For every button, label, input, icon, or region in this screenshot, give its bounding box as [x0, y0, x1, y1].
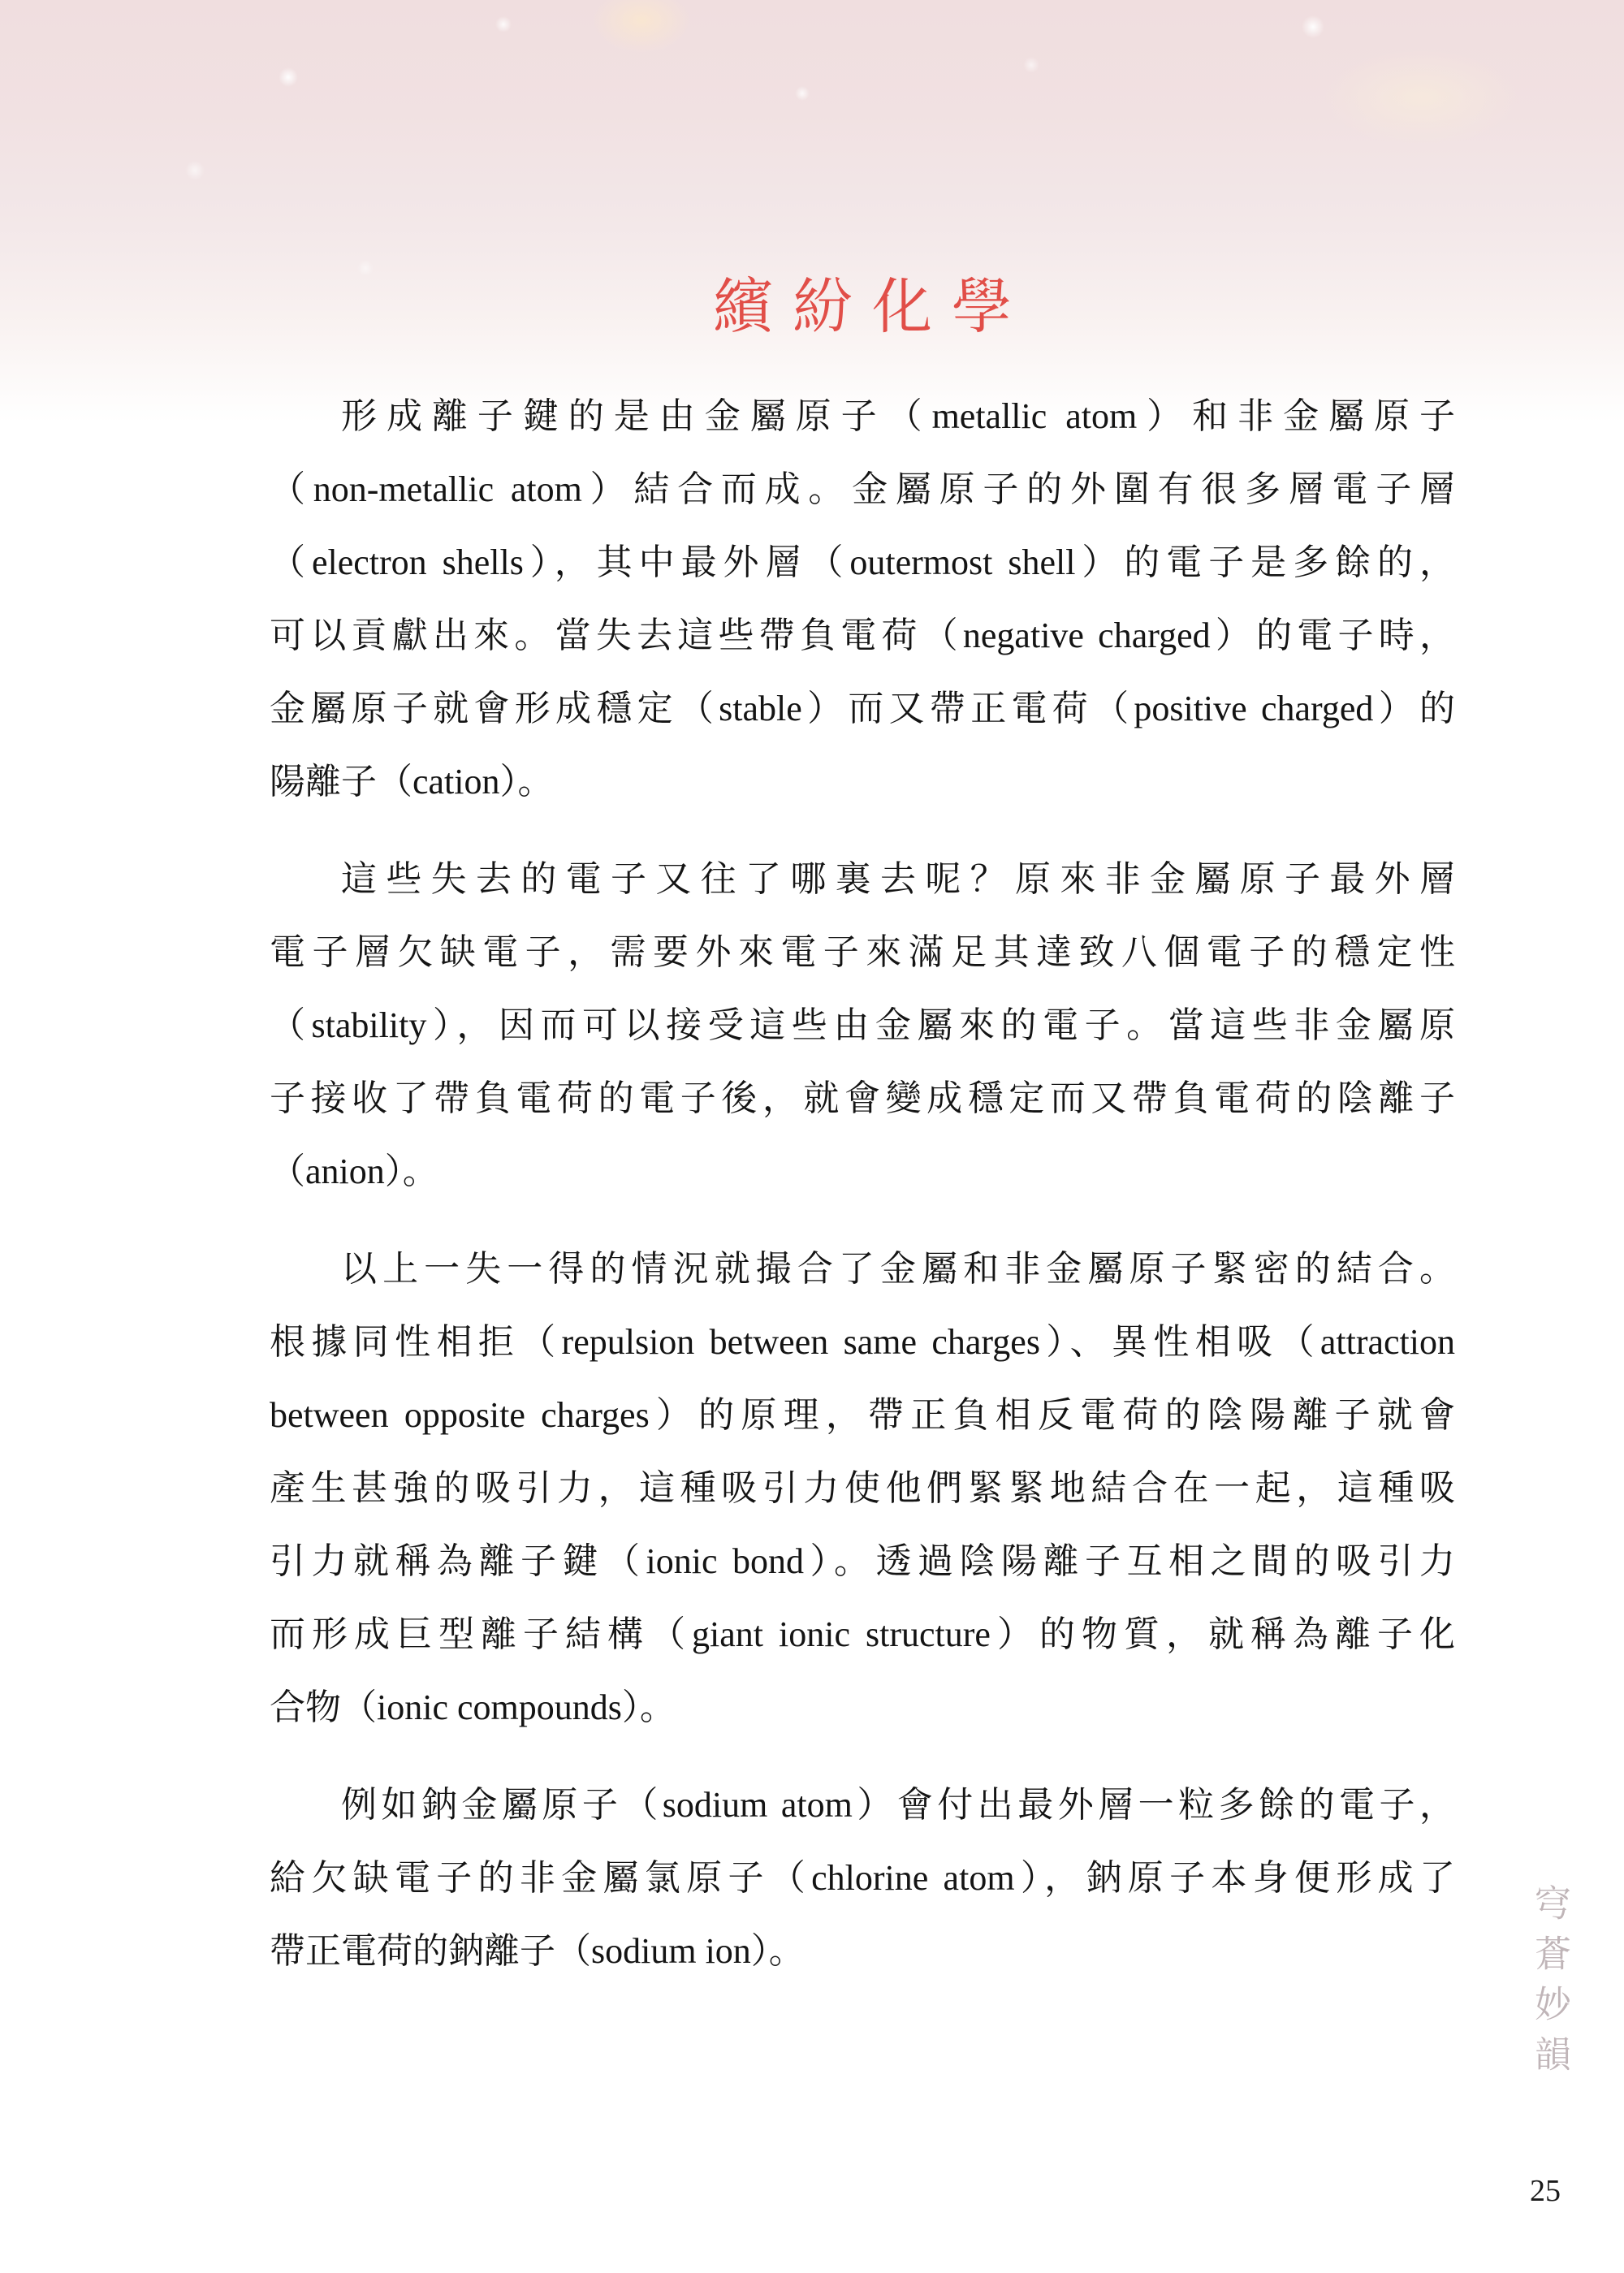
side-label: 穹蒼妙韻 — [1523, 1884, 1576, 2085]
text-line: 金屬原子就會形成穩定（stable）而又帶正電荷（positive charge… — [270, 672, 1455, 745]
text-line: 例如鈉金屬原子（sodium atom）會付出最外層一粒多餘的電子， — [270, 1769, 1455, 1842]
text-line: 形成離子鍵的是由金屬原子（metallic atom）和非金屬原子 — [270, 380, 1455, 453]
text-line: 給欠缺電子的非金屬氯原子（chlorine atom），鈉原子本身便形成了 — [270, 1842, 1455, 1915]
paragraph-3: 以上一失一得的情況就撮合了金屬和非金屬原子緊密的結合。 根據同性相拒（repul… — [270, 1233, 1455, 1744]
text-line: between opposite charges）的原理，帶正負相反電荷的陰陽離… — [270, 1379, 1455, 1452]
page-number: 25 — [1530, 2173, 1561, 2209]
text-line: 而形成巨型離子結構（giant ionic structure）的物質，就稱為離… — [270, 1598, 1455, 1671]
text-line: 帶正電荷的鈉離子（sodium ion）。 — [270, 1915, 1455, 1988]
text-line: 以上一失一得的情況就撮合了金屬和非金屬原子緊密的結合。 — [270, 1233, 1455, 1306]
text-line: 合物（ionic compounds）。 — [270, 1671, 1455, 1744]
text-line: 子接收了帶負電荷的電子後，就會變成穩定而又帶負電荷的陰離子 — [270, 1062, 1455, 1135]
text-line: （stability），因而可以接受這些由金屬來的電子。當這些非金屬原 — [270, 989, 1455, 1062]
text-line: 這些失去的電子又往了哪裏去呢？原來非金屬原子最外層 — [270, 843, 1455, 916]
text-line: 電子層欠缺電子，需要外來電子來滿足其達致八個電子的穩定性 — [270, 916, 1455, 989]
text-line: 引力就稱為離子鍵（ionic bond）。透過陰陽離子互相之間的吸引力 — [270, 1525, 1455, 1598]
text-line: （non-metallic atom）結合而成。金屬原子的外圍有很多層電子層 — [270, 453, 1455, 526]
book-page: { "page": { "title": "繽紛化學", "page_numbe… — [0, 0, 1624, 2273]
body-text: 形成離子鍵的是由金屬原子（metallic atom）和非金屬原子 （non-m… — [270, 380, 1455, 2012]
text-line: 陽離子（cation）。 — [270, 745, 1455, 819]
paragraph-1: 形成離子鍵的是由金屬原子（metallic atom）和非金屬原子 （non-m… — [270, 380, 1455, 819]
paragraph-4: 例如鈉金屬原子（sodium atom）會付出最外層一粒多餘的電子， 給欠缺電子… — [270, 1769, 1455, 1988]
paragraph-2: 這些失去的電子又往了哪裏去呢？原來非金屬原子最外層 電子層欠缺電子，需要外來電子… — [270, 843, 1455, 1208]
text-line: 產生甚強的吸引力，這種吸引力使他們緊緊地結合在一起，這種吸 — [270, 1452, 1455, 1525]
text-line: 可以貢獻出來。當失去這些帶負電荷（negative charged）的電子時， — [270, 599, 1455, 672]
text-line: 根據同性相拒（repulsion between same charges）、異… — [270, 1306, 1455, 1379]
text-line: （anion）。 — [270, 1135, 1455, 1208]
page-title: 繽紛化學 — [270, 273, 1455, 341]
text-line: （electron shells），其中最外層（outermost shell）… — [270, 526, 1455, 599]
